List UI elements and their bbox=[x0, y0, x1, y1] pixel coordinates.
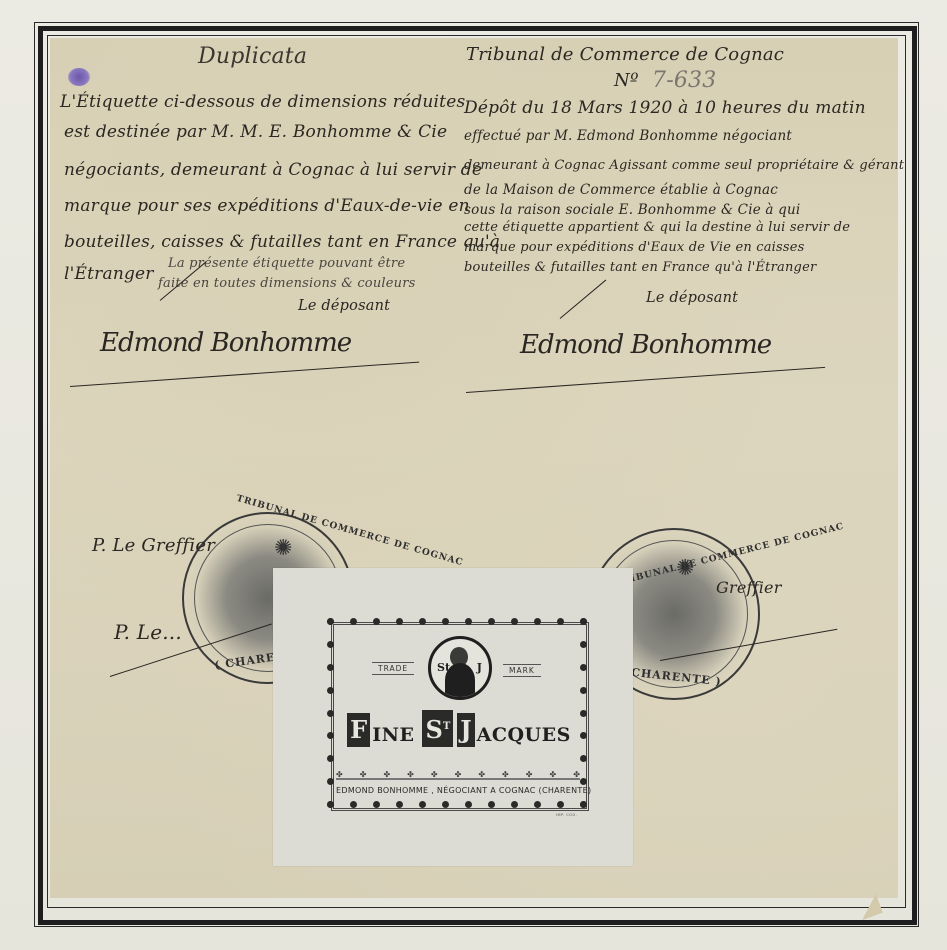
label-dots-top bbox=[327, 618, 587, 626]
right-line-1: Dépôt du 18 Mars 1920 à 10 heures du mat… bbox=[464, 98, 866, 118]
right-signature: Edmond Bonhomme bbox=[520, 330, 771, 360]
right-line-8: bouteilles & futailles tant en France qu… bbox=[464, 260, 816, 275]
brand-word-acques: ACQUES bbox=[477, 723, 571, 747]
left-annotation-2: faite en toutes dimensions & couleurs bbox=[158, 276, 416, 291]
purple-ink-blot bbox=[68, 68, 90, 86]
left-line-5: bouteilles, caisses & futailles tant en … bbox=[64, 232, 500, 252]
monogram-st: St bbox=[437, 661, 450, 674]
greffier-right-label: Greffier bbox=[716, 578, 782, 597]
brand-word-ine: INE bbox=[372, 723, 414, 747]
right-line-6: cette étiquette appartient & qui la dest… bbox=[464, 220, 850, 235]
printer-mark: IMP. COG. bbox=[556, 813, 577, 817]
heading-duplicata: Duplicata bbox=[198, 44, 307, 69]
left-line-6: l'Étranger bbox=[64, 264, 154, 284]
left-line-3: négociants, demeurant à Cognac à lui ser… bbox=[64, 160, 482, 180]
right-closing: Le déposant bbox=[646, 290, 738, 306]
right-line-5: sous la raison sociale E. Bonhomme & Cie… bbox=[464, 202, 800, 218]
right-line-7: marque pour expéditions d'Eaux de Vie en… bbox=[464, 240, 805, 255]
left-line-2: est destinée par M. M. E. Bonhomme & Cie bbox=[64, 122, 447, 142]
label-dots-left bbox=[327, 618, 335, 808]
saint-jacques-medallion: St J bbox=[428, 636, 492, 700]
mark-text: MARK bbox=[503, 664, 541, 677]
right-line-4: de la Maison de Commerce établie à Cogna… bbox=[464, 182, 778, 198]
sun-emblem-icon: ✺ bbox=[274, 536, 292, 561]
document-page: Duplicata L'Étiquette ci-dessous de dime… bbox=[0, 0, 947, 950]
maker-line: EDMOND BONHOMME , NÉGOCIANT A COGNAC (CH… bbox=[336, 786, 580, 795]
trade-text: TRADE bbox=[372, 662, 414, 675]
left-line-4: marque pour ses expéditions d'Eaux-de-vi… bbox=[64, 196, 470, 216]
left-closing: Le déposant bbox=[298, 298, 390, 314]
left-signature: Edmond Bonhomme bbox=[100, 328, 351, 358]
brand-initial-j: J bbox=[457, 713, 474, 747]
monogram-j: J bbox=[477, 661, 482, 674]
label-dots-bottom bbox=[327, 801, 587, 809]
brand-initial-s: ST bbox=[422, 710, 453, 747]
fleuron-row: ✤✤✤✤✤✤✤✤✤✤✤ bbox=[336, 772, 580, 780]
greffier-left-signature: P. Le... bbox=[114, 620, 182, 644]
right-line-2: effectué par M. Edmond Bonhomme négocian… bbox=[464, 128, 792, 144]
right-line-3: demeurant à Cognac Agissant comme seul p… bbox=[464, 158, 904, 173]
label-dots-right bbox=[580, 618, 588, 808]
brand-name-fine-st-jacques: F INE ST J ACQUES bbox=[340, 707, 576, 747]
left-line-1: L'Étiquette ci-dessous de dimensions réd… bbox=[60, 92, 465, 112]
brand-initial-f: F bbox=[347, 713, 370, 747]
number-label: Nº bbox=[614, 70, 639, 91]
heading-tribunal: Tribunal de Commerce de Cognac bbox=[466, 44, 784, 65]
greffier-left-label: P. Le Greffier bbox=[92, 535, 215, 556]
number-value: 7-633 bbox=[652, 68, 716, 93]
